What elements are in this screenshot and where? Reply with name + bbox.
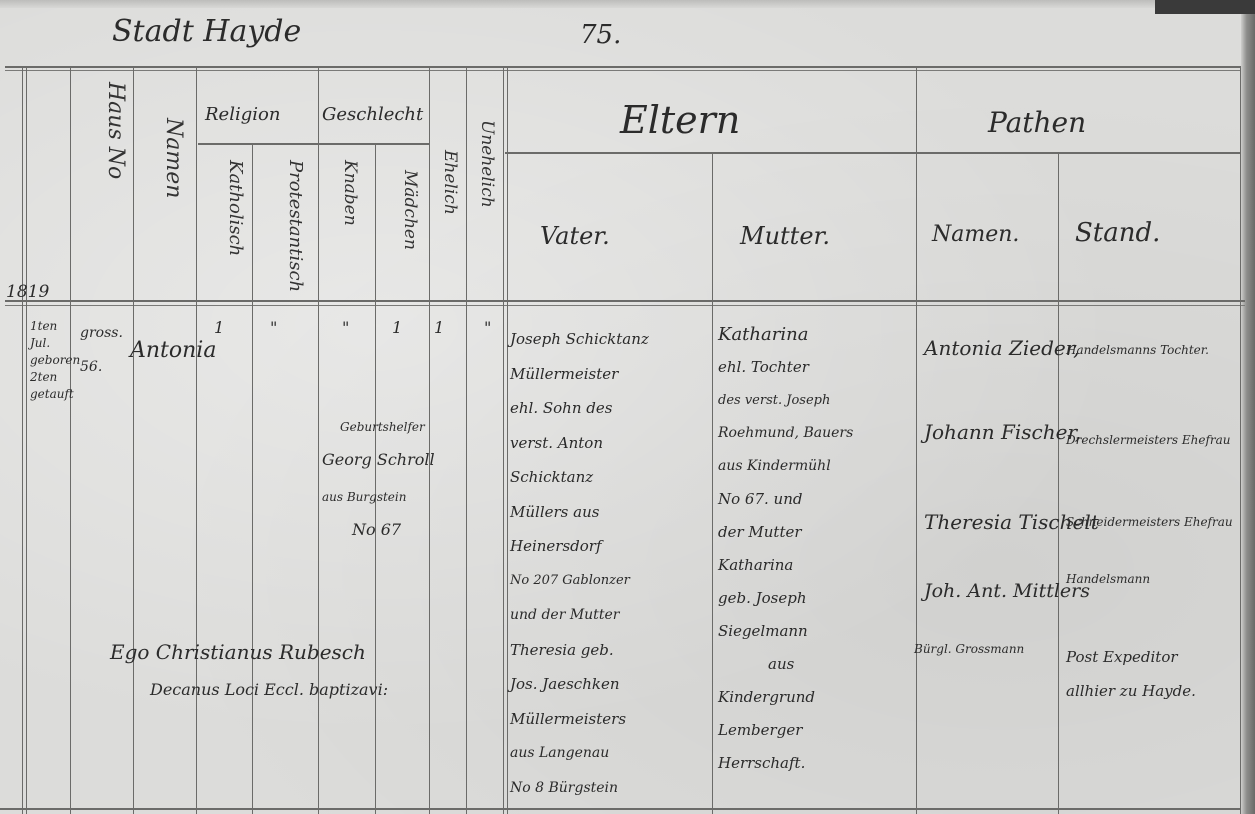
rule-header-bottom-2 — [5, 305, 1245, 306]
mother-line: ehl. Tochter — [718, 351, 913, 384]
father-line: Jos. Jaeschken — [510, 667, 710, 702]
header-male: Knaben — [340, 160, 360, 226]
signature-line: Ego Christianus Rubesch — [110, 640, 366, 664]
mother-line: Katharina — [718, 318, 913, 351]
header-illegitimate: Unehelich — [477, 120, 497, 208]
header-protestant: Protestantisch — [285, 160, 306, 292]
mother-line: Herrschaft. — [718, 747, 913, 780]
godparent-status: Schneidermeisters Ehefrau — [1066, 508, 1236, 536]
header-godparent-status: Stand. — [1075, 218, 1160, 248]
col-line — [916, 66, 917, 814]
book-spine — [1241, 14, 1255, 814]
entry-catholic: 1 — [214, 318, 224, 337]
rule-bottom — [0, 808, 1240, 810]
godparent-status: Drechslermeisters Ehefrau — [1066, 426, 1236, 454]
col-line — [26, 66, 27, 814]
godparent-name: Antonia Zieder, — [924, 336, 1079, 360]
mother-line: aus — [718, 648, 913, 681]
godparent-status: Post Expeditor allhier zu Hayde. — [1066, 640, 1226, 708]
entry-female: 1 — [392, 318, 402, 337]
header-godparents: Pathen — [988, 106, 1086, 139]
rule-header-bottom — [5, 300, 1245, 302]
mother-line: Siegelmann — [718, 615, 913, 648]
header-name: Namen — [161, 118, 186, 198]
col-line — [507, 66, 508, 814]
father-line: No 8 Bürgstein — [510, 771, 710, 806]
entry-male: " — [342, 318, 349, 337]
rule-top-2 — [5, 70, 1240, 71]
col-line — [1058, 152, 1059, 814]
midwife-line: Georg Schroll — [322, 450, 435, 469]
col-line — [466, 66, 467, 814]
rule-subheader-left — [198, 143, 430, 145]
col-line — [712, 152, 713, 814]
header-religion: Religion — [205, 104, 280, 125]
entry-house: gross. 56. — [80, 316, 130, 384]
father-line: verst. Anton — [510, 426, 710, 461]
father-line: Heinersdorf — [510, 529, 710, 564]
col-line — [70, 66, 71, 814]
header-godparent-name: Namen. — [932, 222, 1019, 247]
col-line — [133, 66, 134, 814]
header-house-no: Haus No — [103, 82, 128, 179]
entry-child-name: Antonia — [130, 338, 216, 363]
header-legitimate: Ehelich — [440, 150, 460, 215]
entry-illegitimate: " — [484, 318, 491, 337]
father-line: Müllermeister — [510, 357, 710, 392]
entry-date: 1ten Jul. geboren 2ten getauft — [30, 318, 68, 403]
godparent-status: Handelsmann — [1066, 572, 1150, 586]
place-heading: Stadt Hayde — [112, 14, 301, 49]
mother-line: aus Kindermühl — [718, 450, 913, 483]
rule-top — [5, 66, 1240, 68]
godparent-status: Handelsmanns Tochter. — [1066, 336, 1236, 364]
midwife-line: Geburtshelfer — [340, 420, 425, 434]
mother-line: des verst. Joseph — [718, 384, 913, 417]
mother-line: Kindergrund — [718, 681, 913, 714]
header-catholic: Katholisch — [225, 160, 246, 256]
entry-year: 1819 — [6, 282, 49, 302]
father-line: No 207 Gablonzer — [510, 564, 710, 599]
father-line: Müllermeisters — [510, 702, 710, 737]
mother-block: Katharina ehl. Tochter des verst. Joseph… — [718, 318, 913, 780]
rule-subheader-right — [505, 152, 1240, 154]
header-parents: Eltern — [620, 98, 740, 142]
scan-shadow — [1155, 0, 1255, 14]
father-line: Schicktanz — [510, 460, 710, 495]
header-mother: Mutter. — [740, 222, 830, 250]
father-line: und der Mutter — [510, 598, 710, 633]
header-sex: Geschlecht — [322, 104, 423, 125]
father-line: Theresia geb. — [510, 633, 710, 668]
entry-legitimate: 1 — [434, 318, 444, 337]
entry-protestant: " — [270, 318, 277, 337]
godparent-name: Johann Fischer, — [924, 420, 1081, 444]
father-line: Joseph Schicktanz — [510, 322, 710, 357]
mother-line: Katharina — [718, 549, 913, 582]
signature-line: Decanus Loci Eccl. baptizavi: — [150, 680, 388, 699]
header-female: Mädchen — [400, 170, 420, 250]
page-number: 75. — [580, 20, 621, 50]
col-line — [252, 143, 253, 814]
col-line — [22, 66, 23, 814]
col-line — [318, 66, 319, 814]
col-line — [196, 66, 197, 814]
mother-line: geb. Joseph — [718, 582, 913, 615]
mother-line: Roehmund, Bauers — [718, 417, 913, 450]
mother-line: Lemberger — [718, 714, 913, 747]
mother-line: No 67. und — [718, 483, 913, 516]
father-line: aus Langenau — [510, 736, 710, 771]
col-line — [503, 66, 504, 814]
mother-line: der Mutter — [718, 516, 913, 549]
page-top-edge — [0, 0, 1255, 8]
col-line — [375, 143, 376, 814]
midwife-line: aus Burgstein — [322, 490, 406, 504]
col-line — [429, 66, 430, 814]
father-line: Müllers aus — [510, 495, 710, 530]
register-page: Stadt Hayde 75. Haus No Namen Religion G… — [0, 0, 1255, 814]
header-father: Vater. — [540, 222, 610, 250]
col-line — [1240, 66, 1241, 814]
godparent-extra: Bürgl. Grossmann — [914, 642, 1024, 656]
midwife-line: No 67 — [352, 520, 401, 539]
father-block: Joseph Schicktanz Müllermeister ehl. Soh… — [510, 322, 710, 805]
father-line: ehl. Sohn des — [510, 391, 710, 426]
